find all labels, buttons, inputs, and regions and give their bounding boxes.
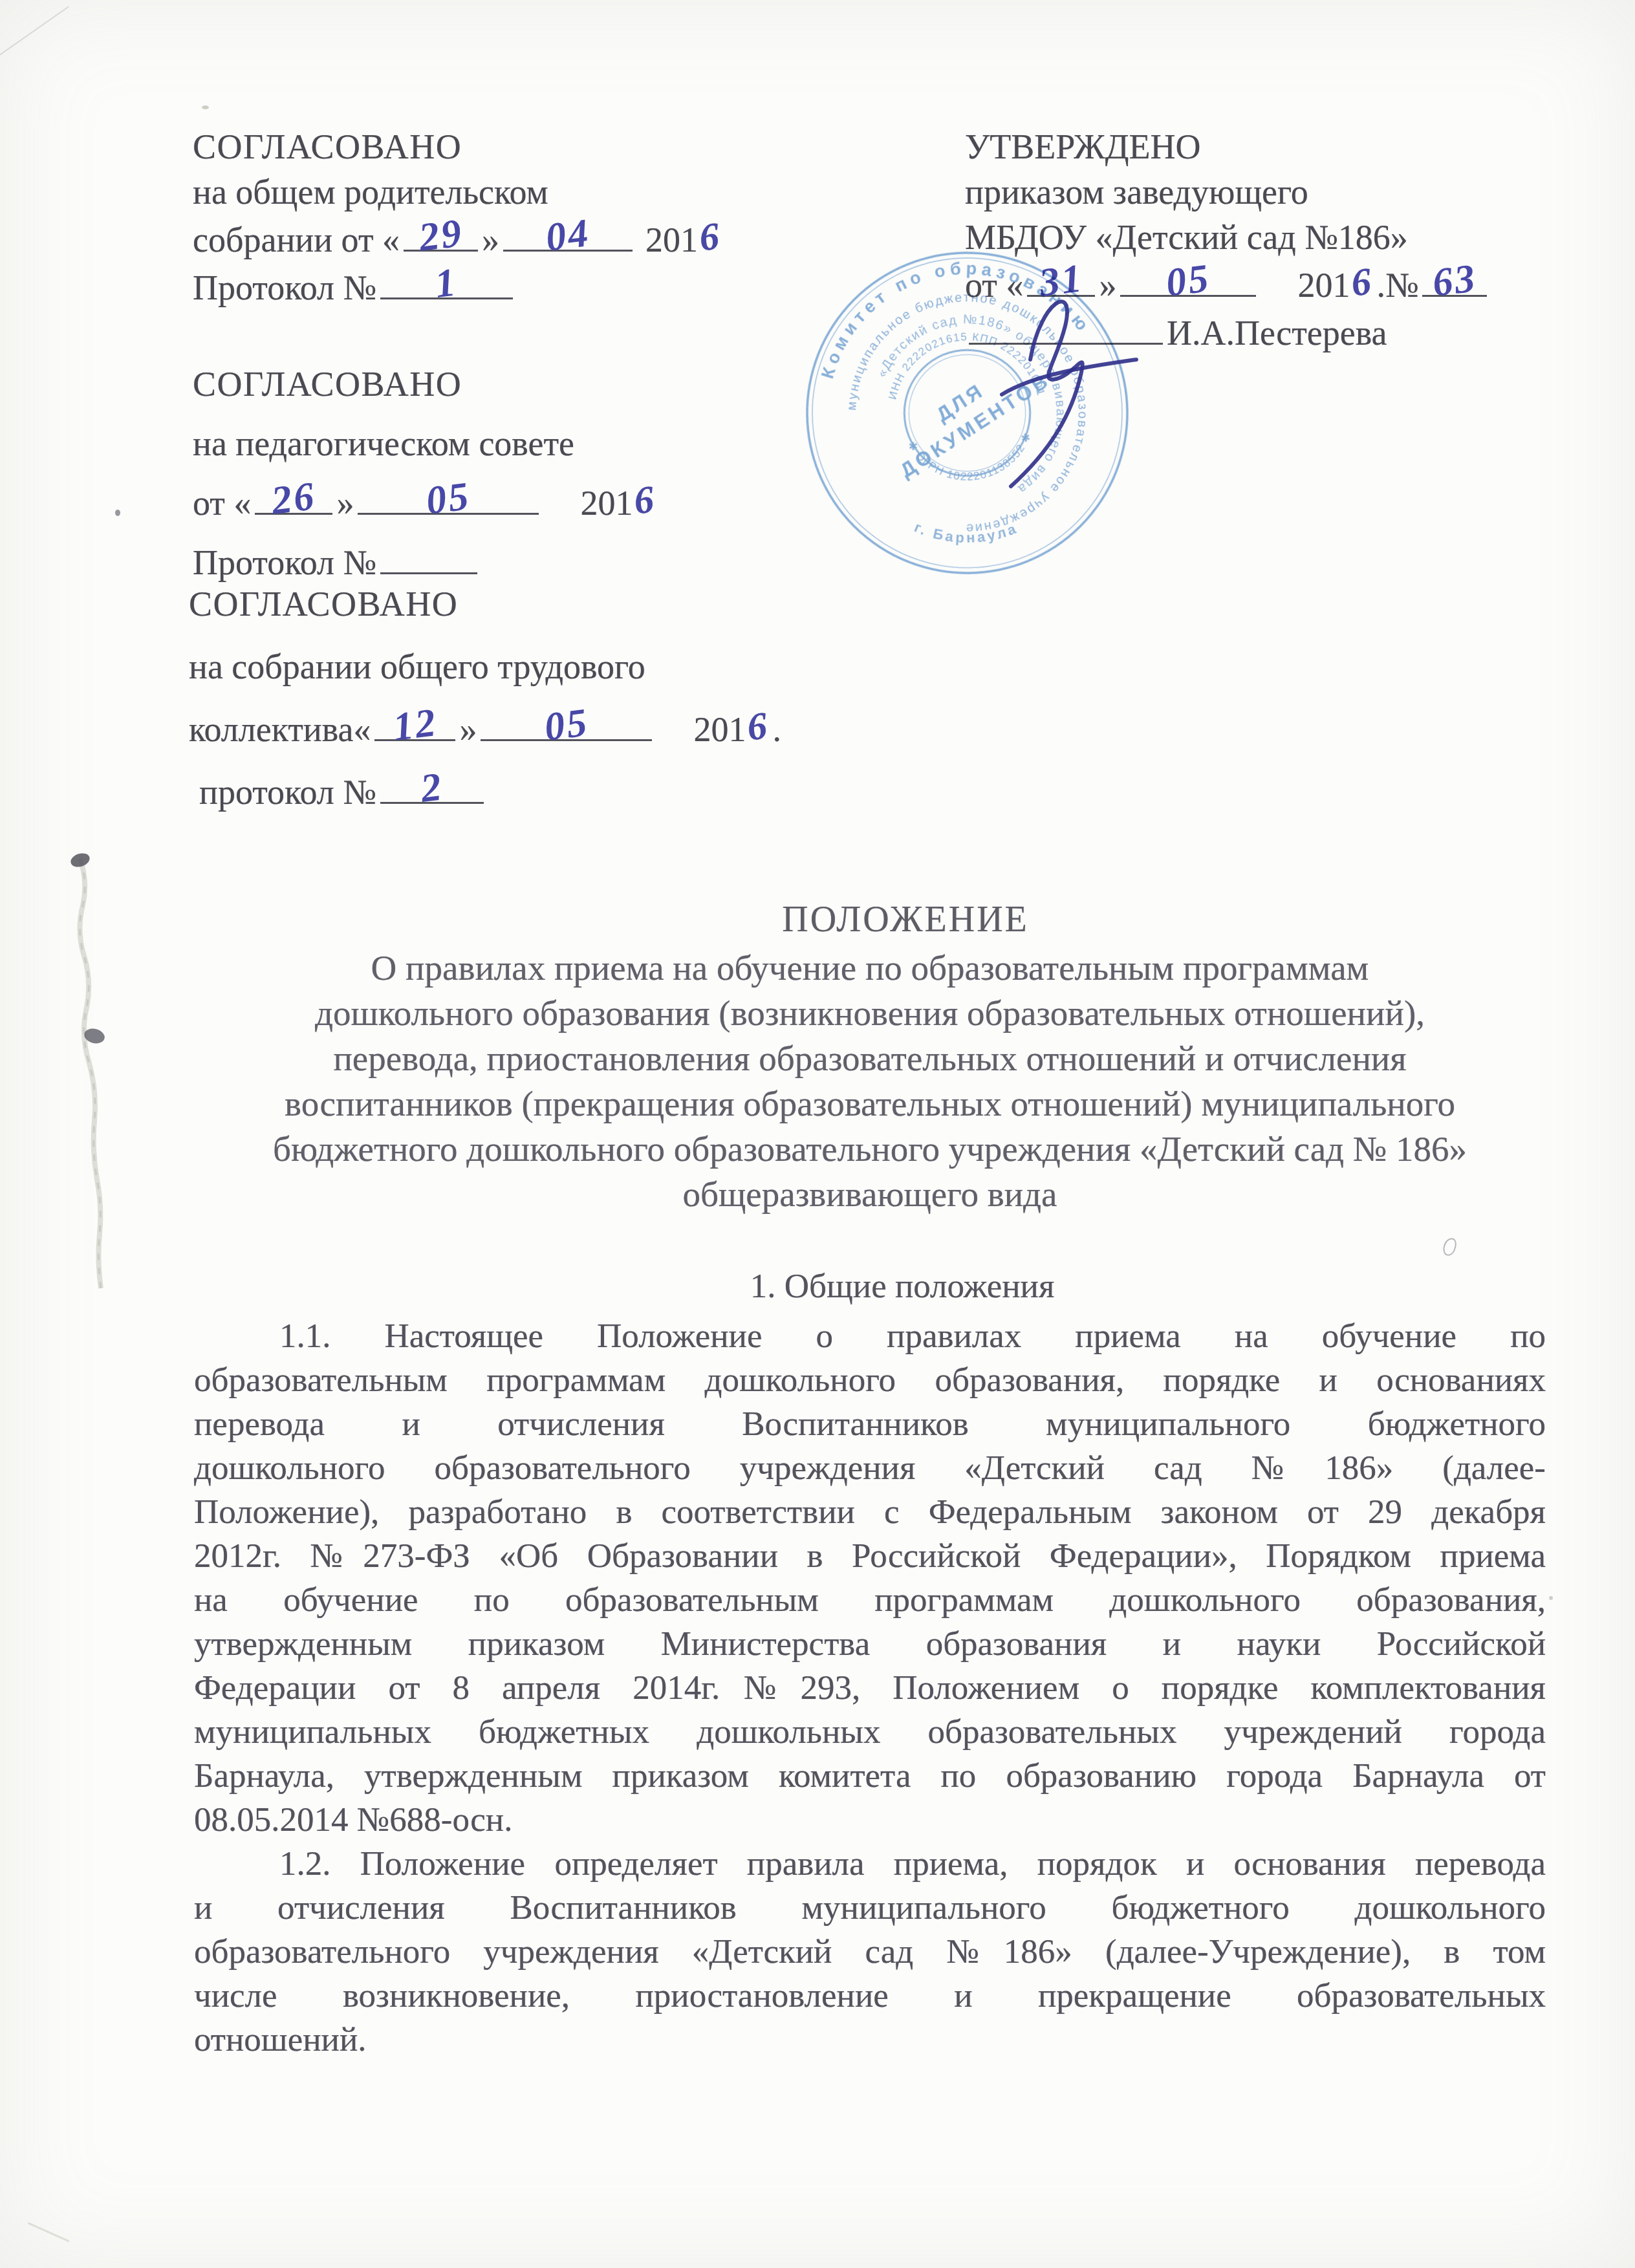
section-heading: 1. Общие положения — [226, 1267, 1578, 1306]
signature-stroke — [1011, 301, 1083, 486]
month-blank-underline: 04 — [503, 215, 633, 252]
scan-speck — [1549, 1596, 1553, 1600]
year-printed: 201 — [580, 484, 633, 523]
protocol-label: Протокол № — [193, 268, 376, 307]
approval-block-parents-meeting: СОГЛАСОВАНО на общем родительском собран… — [193, 124, 724, 310]
handwritten-day: 29 — [416, 210, 465, 261]
handwritten-order-number: 63 — [1430, 255, 1479, 307]
signature-stroke — [1002, 360, 1136, 394]
text-line: муниципальных бюджетных дошкольных образ… — [194, 1710, 1546, 1754]
approval-body-line: на общем родительском — [193, 169, 724, 215]
text-line: воспитанников (прекращения образовательн… — [194, 1081, 1546, 1127]
protocol-blank-underline: 1 — [380, 263, 513, 299]
scan-speck — [115, 510, 120, 516]
approval-protocol-line: Протокол №1 — [193, 263, 724, 310]
text-line: Положение), разработано в соответствии с… — [194, 1490, 1546, 1534]
approval-heading: СОГЛАСОВАНО — [189, 573, 781, 636]
approval-date-line: от «26»052016 — [193, 473, 659, 533]
text-line: Барнаула, утвержденным приказом комитета… — [194, 1754, 1546, 1798]
day-blank-underline: 12 — [374, 704, 455, 741]
protocol-blank-underline: 2 — [380, 767, 484, 804]
handwritten-month: 05 — [542, 700, 591, 751]
text-line: утвержденным приказом Министерства образ… — [194, 1622, 1546, 1666]
text-line: перевода, приостановления образовательны… — [194, 1036, 1546, 1081]
thread-knot — [69, 851, 92, 869]
year-printed: 201 — [645, 221, 698, 259]
handwritten-month: 05 — [1164, 255, 1213, 307]
text-line: образовательным программам дошкольного о… — [194, 1358, 1546, 1402]
closing-quote: » — [336, 484, 354, 523]
handwritten-protocol-number: 1 — [433, 259, 460, 308]
text-line: бюджетного дошкольного образовательного … — [194, 1127, 1546, 1172]
paragraph-1-1: 1.1. Настоящее Положение о правилах прие… — [194, 1314, 1546, 1842]
date-prefix: коллектива« — [189, 710, 371, 749]
year-suffix: . — [772, 710, 781, 749]
approved-line-order: приказом заведующего — [965, 169, 1491, 215]
handwritten-year-digit: 6 — [697, 214, 722, 261]
approval-date-line: собрании от «29»042016 — [193, 215, 724, 263]
protocol-blank-underline — [380, 537, 477, 574]
scan-speck — [1442, 1237, 1457, 1257]
text-line: 08.05.2014 №688-осн. — [194, 1798, 1546, 1842]
day-blank-underline: 26 — [255, 478, 332, 515]
handwritten-protocol-number: 2 — [418, 764, 446, 812]
scan-speck — [27, 2222, 69, 2242]
text-line: 1.2. Положение определяет правила приема… — [194, 1842, 1546, 1886]
order-number-underline: 63 — [1422, 260, 1487, 297]
scanned-document-page: СОГЛАСОВАНО на общем родительском собран… — [0, 0, 1635, 2268]
number-sign: .№ — [1376, 266, 1418, 305]
handwritten-day: 26 — [269, 473, 318, 524]
day-blank-underline: 29 — [404, 215, 478, 252]
text-line: и отчисления Воспитанников муниципальног… — [194, 1886, 1546, 1930]
signer-name: И.А.Пестерева — [1167, 314, 1387, 352]
protocol-label: протокол № — [199, 773, 376, 812]
date-prefix: собрании от « — [193, 221, 400, 259]
text-line: перевода и отчисления Воспитанников муни… — [194, 1402, 1546, 1446]
approval-block-pedagogical-council: СОГЛАСОВАНО на педагогическом совете от … — [193, 354, 659, 592]
handwritten-month: 05 — [424, 473, 473, 524]
binding-thread-decoration — [63, 841, 135, 1313]
month-blank-underline: 05 — [358, 478, 539, 515]
approval-heading: СОГЛАСОВАНО — [193, 354, 659, 414]
approval-date-line: коллектива«12»052016. — [189, 698, 781, 761]
approval-heading: СОГЛАСОВАНО — [193, 124, 724, 169]
document-title: ПОЛОЖЕНИЕ — [230, 899, 1581, 940]
month-blank-underline: 05 — [481, 704, 652, 741]
year-printed: 201 — [1297, 266, 1350, 305]
text-line: отношений. — [194, 2018, 1546, 2062]
text-line: дошкольного образовательного учреждения … — [194, 1446, 1546, 1490]
approved-heading: УТВЕРЖДЕНО — [965, 124, 1491, 169]
text-line: Федерации от 8 апреля 2014г.№293, Положе… — [194, 1666, 1546, 1710]
text-line: общеразвивающего вида — [194, 1172, 1546, 1217]
text-line: образовательного учреждения «Детский сад… — [194, 1930, 1546, 1974]
approval-body-line: на собрании общего трудового — [189, 636, 781, 698]
handwritten-year-digit: 6 — [1350, 259, 1375, 306]
text-line: 2012г. №273-ФЗ «Об Образовании в Российс… — [194, 1534, 1546, 1578]
thread-strand — [80, 859, 101, 1288]
handwritten-day: 12 — [391, 700, 440, 751]
approval-body-line: на педагогическом совете — [193, 414, 659, 473]
text-line: числе возникновение, приостановление и п… — [194, 1974, 1546, 2018]
text-line: О правилах приема на обучение по образов… — [194, 945, 1546, 991]
document-subtitle: О правилах приема на обучение по образов… — [194, 945, 1546, 1217]
handwritten-year-digit: 6 — [633, 477, 658, 524]
paragraph-1-2: 1.2. Положение определяет правила приема… — [194, 1842, 1546, 2062]
approval-block-staff-meeting: СОГЛАСОВАНО на собрании общего трудового… — [189, 573, 781, 824]
director-signature — [973, 277, 1167, 490]
closing-quote: » — [459, 710, 477, 749]
text-line: 1.1. Настоящее Положение о правилах прие… — [194, 1314, 1546, 1358]
text-line: дошкольного образования (возникновения о… — [194, 991, 1546, 1036]
approval-protocol-line: протокол №2 — [189, 761, 781, 824]
closing-quote: » — [482, 221, 499, 259]
text-line: на обучение по образовательным программа… — [194, 1578, 1546, 1622]
handwritten-month: 04 — [543, 210, 592, 261]
scan-corner-crease — [0, 6, 69, 63]
handwritten-year-digit: 6 — [746, 704, 771, 750]
year-printed: 201 — [693, 710, 746, 749]
date-prefix: от « — [193, 484, 251, 523]
scan-speck — [202, 105, 209, 109]
